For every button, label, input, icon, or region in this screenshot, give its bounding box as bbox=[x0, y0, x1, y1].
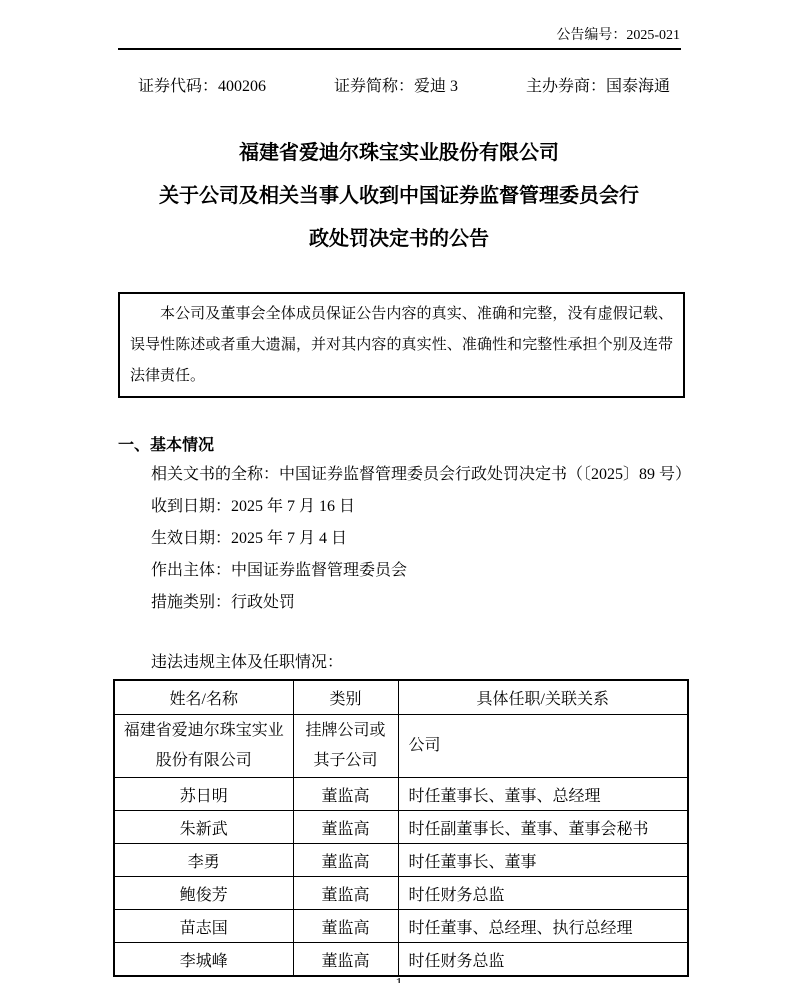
section-heading-basic-info: 一、基本情况 bbox=[118, 432, 214, 455]
header-divider-line bbox=[118, 48, 681, 50]
securities-info-row: 证券代码：400206 证券简称：爱迪 3 主办券商：国泰海通 bbox=[118, 73, 670, 96]
cell-position: 时任财务总监 bbox=[398, 877, 688, 910]
table-row: 苏日明 董监高 时任董事长、董事、总经理 bbox=[114, 778, 688, 811]
cell-name: 苏日明 bbox=[114, 778, 293, 811]
cell-category: 董监高 bbox=[293, 910, 398, 943]
info-effective-date: 生效日期：2025 年 7 月 4 日 bbox=[151, 523, 691, 555]
sponsor-broker-label: 主办券商： bbox=[526, 78, 606, 95]
table-row: 鲍俊芳 董监高 时任财务总监 bbox=[114, 877, 688, 910]
cell-category: 董监高 bbox=[293, 877, 398, 910]
stock-short-name-value: 爱迪 3 bbox=[414, 78, 458, 95]
cell-name: 朱新武 bbox=[114, 811, 293, 844]
disclaimer-text: 本公司及董事会全体成员保证公告内容的真实、准确和完整，没有虚假记载、误导性陈述或… bbox=[130, 299, 673, 392]
info-document-full-name: 相关文书的全称：中国证券监督管理委员会行政处罚决定书（〔2025〕89 号） bbox=[151, 459, 691, 491]
cell-name: 李城峰 bbox=[114, 943, 293, 977]
document-title: 福建省爱迪尔珠宝实业股份有限公司 关于公司及相关当事人收到中国证券监督管理委员会… bbox=[99, 132, 699, 261]
stock-short-name-label: 证券简称： bbox=[334, 78, 414, 95]
table-row: 李勇 董监高 时任董事长、董事 bbox=[114, 844, 688, 877]
cell-category: 挂牌公司或其子公司 bbox=[293, 715, 398, 778]
table-row: 苗志国 董监高 时任董事、总经理、执行总经理 bbox=[114, 910, 688, 943]
cell-category: 董监高 bbox=[293, 943, 398, 977]
cell-name: 李勇 bbox=[114, 844, 293, 877]
cell-name: 鲍俊芳 bbox=[114, 877, 293, 910]
cell-position: 时任财务总监 bbox=[398, 943, 688, 977]
stock-short-name: 证券简称：爱迪 3 bbox=[334, 73, 458, 96]
page-number-value: 1 bbox=[396, 977, 403, 983]
sponsor-broker-value: 国泰海通 bbox=[606, 78, 670, 95]
stock-code: 证券代码：400206 bbox=[138, 73, 266, 96]
info-received-date: 收到日期：2025 年 7 月 16 日 bbox=[151, 491, 691, 523]
table-row: 朱新武 董监高 时任副董事长、董事、董事会秘书 bbox=[114, 811, 688, 844]
cell-position: 时任副董事长、董事、董事会秘书 bbox=[398, 811, 688, 844]
violation-table-intro: 违法违规主体及任职情况： bbox=[151, 649, 343, 672]
cell-position: 时任董事长、董事、总经理 bbox=[398, 778, 688, 811]
cell-name: 苗志国 bbox=[114, 910, 293, 943]
table-header-row: 姓名/名称 类别 具体任职/关联关系 bbox=[114, 680, 688, 715]
table-row-company: 福建省爱迪尔珠宝实业股份有限公司 挂牌公司或其子公司 公司 bbox=[114, 715, 688, 778]
basic-info-list: 相关文书的全称：中国证券监督管理委员会行政处罚决定书（〔2025〕89 号） 收… bbox=[151, 459, 691, 619]
cell-position: 时任董事长、董事 bbox=[398, 844, 688, 877]
title-line-subject: 关于公司及相关当事人收到中国证券监督管理委员会行 bbox=[99, 175, 699, 218]
cell-position: 时任董事、总经理、执行总经理 bbox=[398, 910, 688, 943]
table-row: 李城峰 董监高 时任财务总监 bbox=[114, 943, 688, 977]
disclaimer-box: 本公司及董事会全体成员保证公告内容的真实、准确和完整，没有虚假记载、误导性陈述或… bbox=[118, 292, 685, 398]
table-header-position: 具体任职/关联关系 bbox=[398, 680, 688, 715]
title-line-subject-cont: 政处罚决定书的公告 bbox=[99, 218, 699, 261]
table-header-name: 姓名/名称 bbox=[114, 680, 293, 715]
announcement-number-label: 公告编号： bbox=[556, 28, 626, 43]
cell-category: 董监高 bbox=[293, 811, 398, 844]
cell-position: 公司 bbox=[398, 715, 688, 778]
stock-code-label: 证券代码： bbox=[138, 78, 218, 95]
announcement-number-value: 2025-021 bbox=[626, 28, 680, 43]
page-number-partial: 1 bbox=[0, 977, 798, 983]
table-header-category: 类别 bbox=[293, 680, 398, 715]
cell-name: 福建省爱迪尔珠宝实业股份有限公司 bbox=[114, 715, 293, 778]
title-line-company: 福建省爱迪尔珠宝实业股份有限公司 bbox=[99, 132, 699, 175]
cell-category: 董监高 bbox=[293, 778, 398, 811]
info-issuing-authority: 作出主体：中国证券监督管理委员会 bbox=[151, 555, 691, 587]
announcement-number: 公告编号：2025-021 bbox=[556, 24, 680, 44]
cell-category: 董监高 bbox=[293, 844, 398, 877]
sponsor-broker: 主办券商：国泰海通 bbox=[526, 73, 670, 96]
info-measure-category: 措施类别：行政处罚 bbox=[151, 587, 691, 619]
document-page: 公告编号：2025-021 证券代码：400206 证券简称：爱迪 3 主办券商… bbox=[0, 0, 798, 990]
violation-subjects-table: 姓名/名称 类别 具体任职/关联关系 福建省爱迪尔珠宝实业股份有限公司 挂牌公司… bbox=[113, 679, 689, 977]
stock-code-value: 400206 bbox=[218, 78, 266, 95]
